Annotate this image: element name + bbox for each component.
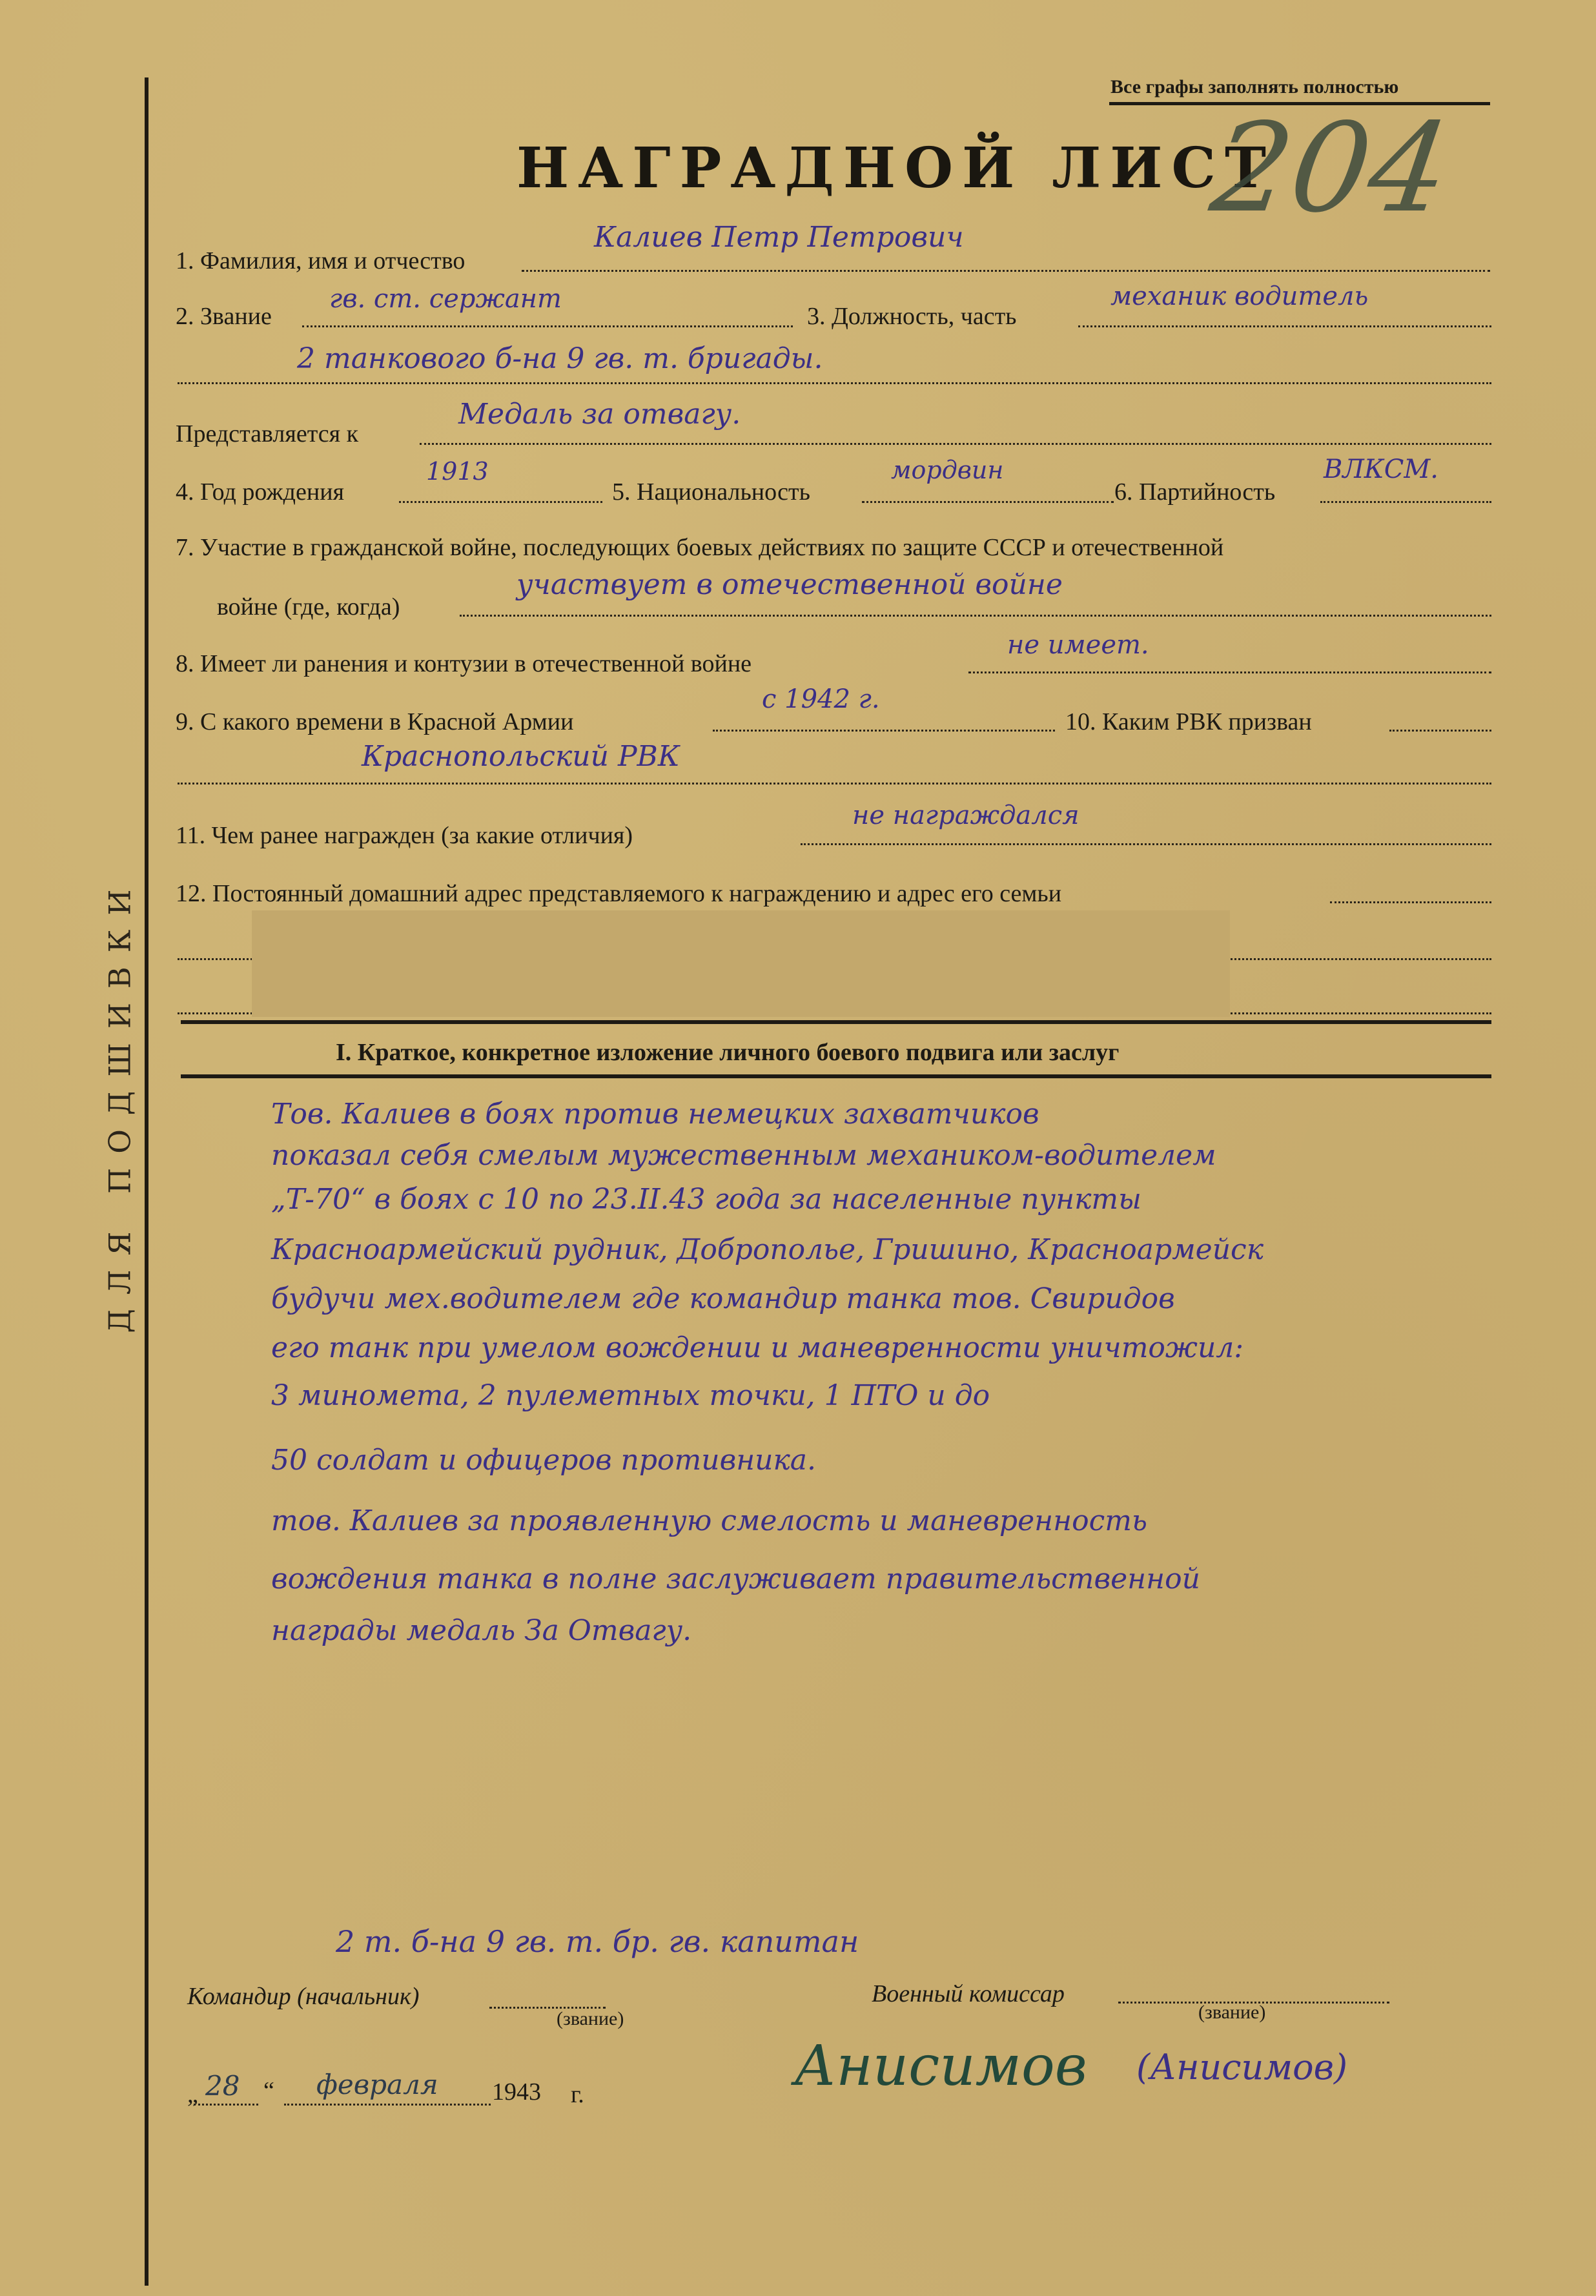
field-3-value: механик водитель (1110, 282, 1368, 311)
field-1-value: Калиев Петр Петрович (594, 221, 964, 254)
date-day: 28 (205, 2070, 240, 2102)
field-4-value: 1913 (426, 457, 489, 486)
section-rule-bottom (181, 1074, 1491, 1078)
field-2-line (302, 325, 793, 327)
field-10-value: Краснопольский РВК (362, 740, 680, 773)
commander-signature: Анисимов (794, 2034, 1087, 2098)
field-8-label: 8. Имеет ли ранения и контузии в отечест… (176, 650, 752, 678)
field-12-line (1330, 901, 1491, 903)
field-3-line (1078, 325, 1491, 327)
field-6-label: 6. Партийность (1114, 478, 1275, 506)
field-7-label: 7. Участие в гражданской войне, последую… (176, 533, 1223, 562)
redacted-address-block (252, 910, 1230, 1017)
field-3-line2 (178, 382, 1491, 384)
commander-unit-handwritten: 2 т. б-на 9 гв. т. бр. гв. капитан (336, 1924, 859, 1959)
field-8-value: не имеет. (1007, 630, 1149, 660)
field-10-line (1389, 730, 1491, 732)
narrative-line-11: награды медаль За Отвагу. (271, 1614, 691, 1647)
field-5-line (862, 501, 1114, 503)
field-6-value: ВЛКСМ. (1324, 455, 1438, 484)
binding-margin-text: ДЛЯ ПОДШИВКИ (102, 876, 137, 1333)
date-day-line (194, 2104, 258, 2106)
presented-label: Представляется к (176, 420, 358, 448)
field-3-label: 3. Должность, часть (807, 302, 1017, 331)
field-3-value-line2: 2 танкового б-на 9 гв. т. бригады. (297, 342, 823, 375)
narrative-line-9: тов. Калиев за проявленную смелость и ма… (271, 1504, 1147, 1537)
field-11-value: не награждался (852, 801, 1079, 830)
commander-rank-caption: (звание) (557, 2008, 624, 2030)
presented-line (420, 443, 1491, 445)
field-7-value: участвует в отечественной войне (517, 568, 1063, 601)
field-10-label: 10. Каким РВК призван (1065, 708, 1312, 736)
narrative-line-8: 50 солдат и офицеров противника. (271, 1444, 816, 1477)
date-month: февраля (316, 2069, 438, 2100)
field-7-label-line2: войне (где, когда) (217, 593, 400, 621)
binding-margin-label: ДЛЯ ПОДШИВКИ (97, 814, 142, 1395)
narrative-line-1: Тов. Калиев в боях против немецких захва… (271, 1098, 1039, 1131)
date-year: 1943 (492, 2078, 541, 2106)
narrative-line-7: 3 миномета, 2 пулеметных точки, 1 ПТО и … (271, 1379, 990, 1412)
date-suffix: г. (571, 2080, 584, 2109)
field-12-label: 12. Постоянный домашний адрес представля… (176, 879, 1061, 908)
commander-label: Командир (начальник) (187, 1982, 419, 2011)
field-9-line (713, 730, 1055, 732)
field-2-value: гв. ст. сержант (329, 284, 562, 314)
field-4-label: 4. Год рождения (176, 478, 344, 506)
field-11-label: 11. Чем ранее награжден (за какие отличи… (176, 821, 633, 850)
field-5-value: мордвин (891, 456, 1003, 484)
field-5-label: 5. Национальность (612, 478, 810, 506)
narrative-line-2: показал себя смелым мужественным механик… (271, 1139, 1216, 1172)
field-10-line2 (178, 783, 1491, 784)
narrative-line-5: будучи мех.водителем где командир танка … (271, 1282, 1175, 1315)
field-1-line (522, 270, 1490, 272)
commander-name-parenthetical: (Анисимов) (1136, 2047, 1347, 2087)
field-8-line (968, 671, 1491, 673)
field-7-line (460, 615, 1491, 617)
field-11-line (801, 843, 1491, 845)
field-9-label: 9. С какого времени в Красной Армии (176, 708, 573, 736)
narrative-line-4: Красноармейский рудник, Доброполье, Гриш… (271, 1233, 1263, 1266)
field-9-value: с 1942 г. (762, 684, 880, 714)
section-rule-top (181, 1020, 1491, 1024)
instruction-note: Все графы заполнять полностью (1110, 76, 1398, 98)
narrative-line-3: „Т-70“ в боях с 10 по 23.II.43 года за н… (271, 1183, 1141, 1216)
page-title: НАГРАДНОЙ ЛИСТ (517, 136, 1275, 201)
binding-margin-line (145, 77, 148, 2286)
handwritten-sheet-number: 204 (1203, 97, 1458, 240)
presented-value: Медаль за отвагу. (458, 398, 741, 431)
field-4-line (399, 501, 602, 503)
commissar-rank-caption: (звание) (1198, 2002, 1265, 2024)
section-1-heading: I. Краткое, конкретное изложение личного… (336, 1038, 1119, 1067)
commissar-label: Военный комиссар (872, 1980, 1065, 2008)
narrative-line-6: его танк при умелом вождении и маневренн… (271, 1331, 1243, 1364)
field-6-line (1320, 501, 1491, 503)
date-close-quote: “ (263, 2076, 274, 2105)
field-2-label: 2. Звание (176, 302, 272, 331)
field-1-label: 1. Фамилия, имя и отчество (176, 247, 465, 275)
date-month-line (284, 2104, 491, 2106)
narrative-line-10: вождения танка в полне заслуживает прави… (271, 1563, 1200, 1595)
